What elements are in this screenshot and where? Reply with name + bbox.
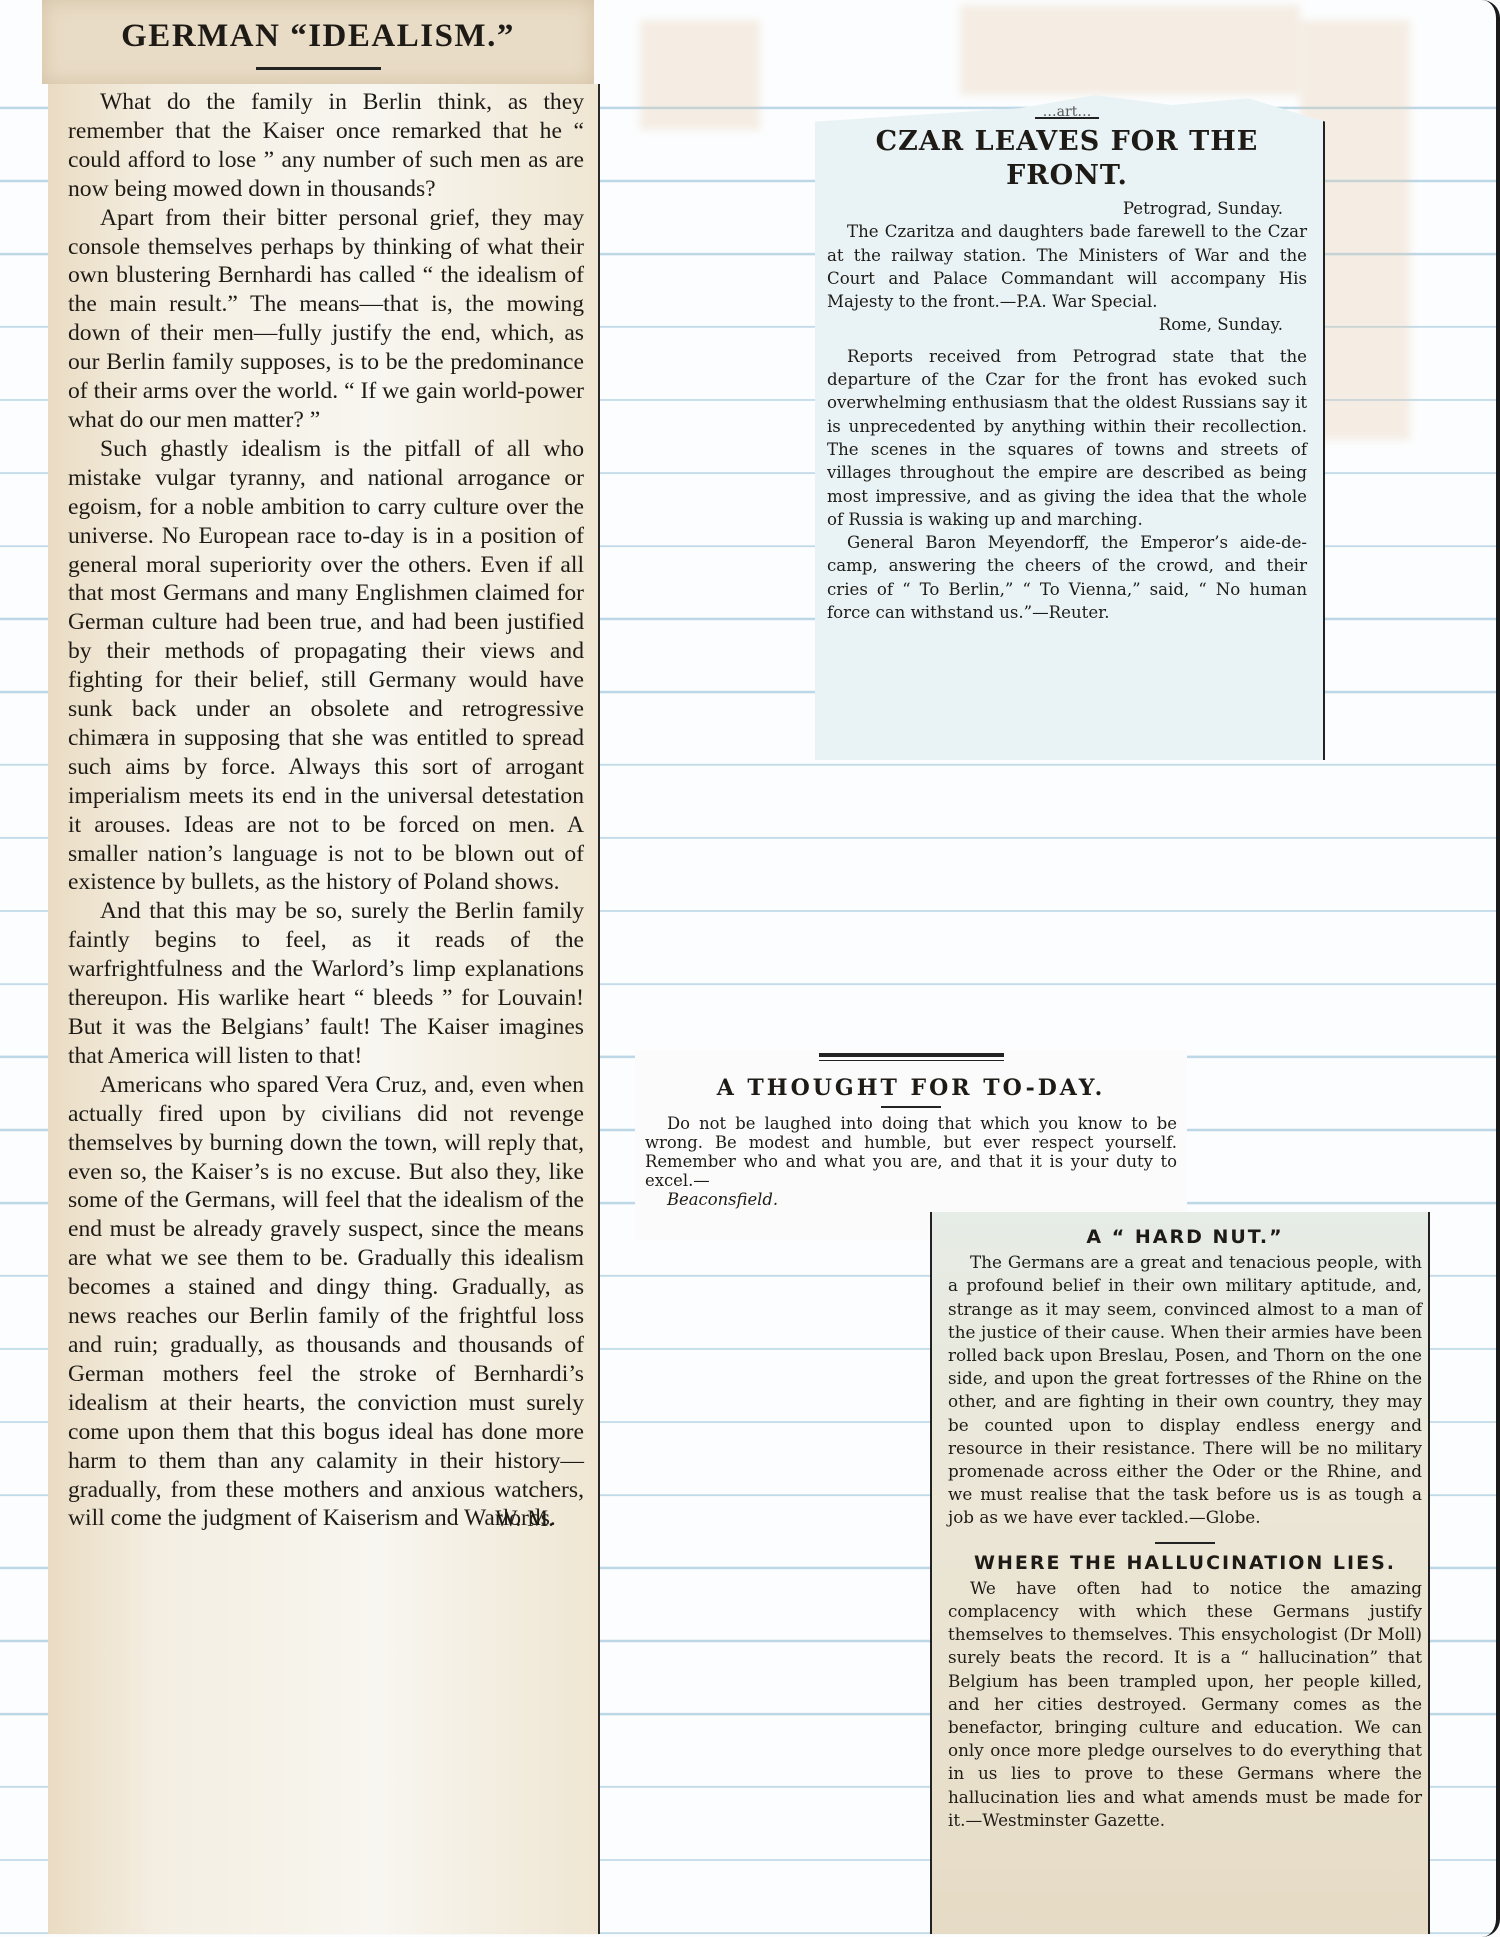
dateline: Rome, Sunday. (827, 313, 1307, 336)
double-rule (819, 1053, 1004, 1061)
paragraph: General Baron Meyendorff, the Emperor’s … (827, 531, 1307, 624)
paragraph: The Czaritza and daughters bade farewell… (827, 220, 1307, 313)
clipping-title: A “ HARD NUT.” (948, 1226, 1422, 1249)
title-rule (881, 1106, 941, 1108)
title-rule (256, 67, 381, 70)
clipping-german-idealism-body: What do the family in Berlin think, as t… (48, 84, 600, 1934)
clipping-czar-leaves: …art… CZAR LEAVES FOR THE FRONT. Petrogr… (815, 95, 1325, 760)
clipping-german-idealism-header: GERMAN “IDEALISM.” (42, 0, 594, 84)
paragraph: What do the family in Berlin think, as t… (68, 88, 584, 204)
paragraph: We have often had to notice the amazing … (948, 1577, 1422, 1832)
paragraph: The Germans are a great and tenacious pe… (948, 1251, 1422, 1529)
clipping-title: A THOUGHT FOR TO-DAY. (645, 1079, 1177, 1098)
torn-fragment-text: …art… (827, 101, 1307, 109)
scrapbook-page: GERMAN “IDEALISM.” What do the family in… (0, 0, 1500, 1937)
section-rule (1155, 1542, 1215, 1544)
clipping-title: CZAR LEAVES FOR THE FRONT. (827, 125, 1307, 193)
paragraph: Americans who spared Vera Cruz, and, eve… (68, 1071, 584, 1534)
paragraph: Do not be laughed into doing that which … (645, 1114, 1177, 1190)
paragraph: Such ghastly idealism is the pitfall of … (68, 435, 584, 898)
clipping-title: GERMAN “IDEALISM.” (121, 18, 515, 55)
paragraph: Apart from their bitter personal grief, … (68, 204, 584, 435)
paper-stain (640, 20, 760, 130)
paper-stain (960, 5, 1300, 95)
clipping-hard-nut: A “ HARD NUT.” The Germans are a great a… (930, 1212, 1430, 1934)
paragraph: Reports received from Petrograd state th… (827, 345, 1307, 531)
paragraph: And that this may be so, surely the Berl… (68, 897, 584, 1070)
dateline: Petrograd, Sunday. (827, 197, 1307, 220)
clipping-title-hallucination: WHERE THE HALLUCINATION LIES. (948, 1552, 1422, 1575)
quote-source: Beaconsfield. (645, 1190, 1177, 1209)
